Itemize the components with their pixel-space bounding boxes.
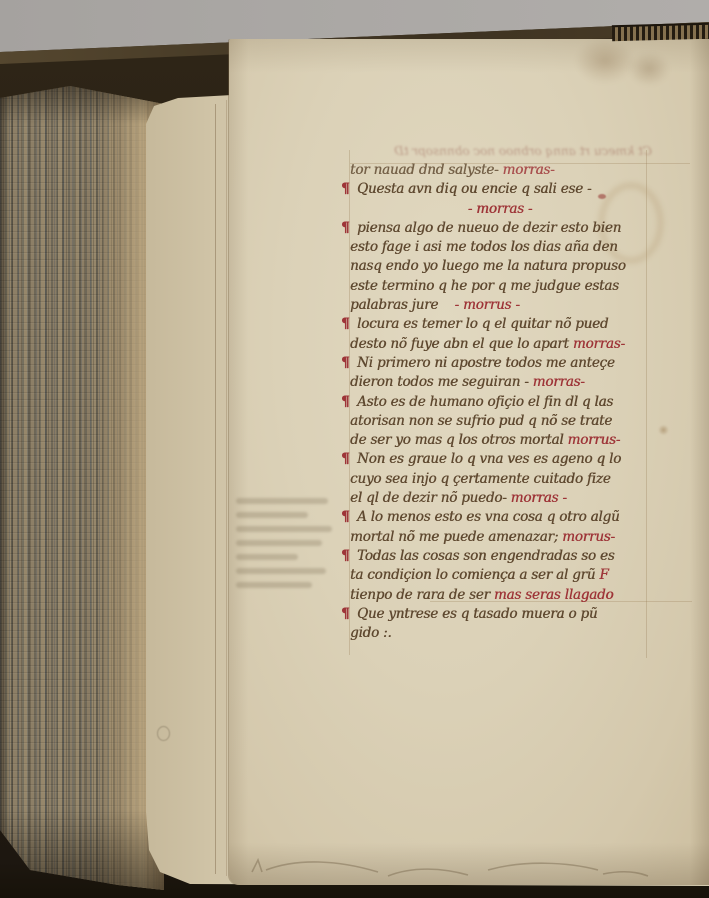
manuscript-line: cuyo sea injo q çertamente cuitado fize bbox=[350, 470, 650, 489]
page-edge-line bbox=[226, 100, 227, 876]
manuscript-line: ¶Questa avn diq ou encie q sali ese - bbox=[350, 180, 650, 199]
manuscript-line: palabras jure - morrus - bbox=[350, 296, 650, 315]
body-text: locura es temer lo q el quitar nõ pued bbox=[357, 316, 608, 332]
manuscript-line: ¶Ni primero ni apostre todos me anteçe bbox=[350, 354, 650, 373]
body-text: A lo menos esto es vna cosa q otro algũ bbox=[357, 509, 619, 525]
body-text: ta condiçion lo comiença a ser al grũ bbox=[350, 567, 599, 583]
manuscript-line: desto nõ fuye abn el que lo apart morras… bbox=[350, 335, 650, 354]
manuscript-line: de ser yo mas q los otros mortal morrus- bbox=[350, 431, 650, 450]
showthrough-line bbox=[236, 512, 308, 518]
body-text: Non es graue lo q vna ves es ageno q lo bbox=[357, 451, 621, 467]
pilcrow-mark: ¶ bbox=[341, 180, 357, 199]
body-text: de ser yo mas q los otros mortal bbox=[350, 432, 568, 448]
body-text: Questa avn diq ou encie q sali ese - bbox=[357, 181, 591, 197]
small-stain bbox=[658, 425, 669, 435]
rubric-text: morras- bbox=[498, 162, 554, 178]
body-text: atorisan non se sufrio pud q nõ se trate bbox=[350, 413, 612, 429]
body-text: Ni primero ni apostre todos me anteçe bbox=[357, 355, 615, 371]
showthrough-line bbox=[236, 498, 328, 504]
manuscript-line: ¶Asto es de humano ofiçio el fin dl q la… bbox=[350, 393, 650, 412]
body-text: mortal nõ me puede amenazar; bbox=[350, 529, 562, 545]
body-text: desto nõ fuye abn el que lo apart bbox=[350, 336, 573, 352]
page-edge-line bbox=[215, 104, 216, 874]
manuscript-line: atorisan non se sufrio pud q nõ se trate bbox=[350, 412, 650, 431]
manuscript-line: dieron todos me seguiran - morras- bbox=[350, 373, 650, 392]
showthrough-line bbox=[236, 554, 298, 560]
manuscript-line: tienpo de rara de ser mas seras llagado bbox=[350, 586, 650, 605]
rubric-text: mas seras llagado bbox=[494, 587, 613, 603]
body-text: Asto es de humano ofiçio el fin dl q las bbox=[357, 394, 613, 410]
body-text: tor nauad dnd salyste- bbox=[350, 162, 498, 178]
manuscript-line: tor nauad dnd salyste- morras- bbox=[350, 161, 650, 180]
body-text: esto fage i asi me todos los dias aña de… bbox=[350, 239, 618, 255]
rubric-text: - morras - bbox=[468, 201, 533, 217]
manuscript-line: el ql de dezir nõ puedo- morras - bbox=[350, 489, 650, 508]
pilcrow-mark: ¶ bbox=[341, 605, 357, 624]
pilcrow-mark: ¶ bbox=[341, 354, 357, 373]
rubric-text: morras - bbox=[511, 490, 567, 506]
rubric-text: morrus- bbox=[562, 529, 615, 545]
body-text: Todas las cosas son engendradas so es bbox=[357, 548, 614, 564]
ink-stain bbox=[575, 38, 635, 84]
manuscript-line: ¶A lo menos esto es vna cosa q otro algũ bbox=[350, 508, 650, 527]
page-stack-fore-edge bbox=[0, 84, 164, 890]
body-text: el ql de dezir nõ puedo- bbox=[350, 490, 511, 506]
rubric-text: morras- bbox=[573, 336, 625, 352]
pilcrow-mark: ¶ bbox=[341, 547, 357, 566]
showthrough-text-verso: Ct kmecu rt annq orbnoo noc obnnsopr tD bbox=[352, 144, 652, 158]
manuscript-line: gido :. bbox=[350, 624, 650, 643]
manuscript-text-block: tor nauad dnd salyste- morras-¶Questa av… bbox=[350, 161, 650, 643]
manuscript-line: ¶Todas las cosas son engendradas so es bbox=[350, 547, 650, 566]
small-doodle-mark bbox=[157, 726, 170, 741]
body-text: palabras jure bbox=[350, 297, 438, 313]
body-text: tienpo de rara de ser bbox=[350, 587, 494, 603]
showthrough-block-verso bbox=[236, 498, 340, 596]
manuscript-line: ¶piensa algo de nueuo de dezir esto bien bbox=[350, 219, 650, 238]
ink-stain bbox=[628, 52, 670, 86]
showthrough-line bbox=[236, 582, 312, 588]
manuscript-line: - morras - bbox=[350, 200, 650, 219]
pilcrow-mark: ¶ bbox=[341, 393, 357, 412]
body-text: nasq endo yo luego me la natura propuso bbox=[350, 258, 626, 274]
pilcrow-mark: ¶ bbox=[341, 219, 357, 238]
pilcrow-mark: ¶ bbox=[341, 315, 357, 334]
rubric-text: F bbox=[599, 567, 608, 583]
body-text: Que yntrese es q tasado muera o pũ bbox=[357, 606, 597, 622]
faint-offset-scribble bbox=[238, 842, 658, 890]
manuscript-line: ¶Non es graue lo q vna ves es ageno q lo bbox=[350, 450, 650, 469]
pilcrow-mark: ¶ bbox=[341, 450, 357, 469]
manuscript-line: mortal nõ me puede amenazar; morrus- bbox=[350, 528, 650, 547]
manuscript-line: este termino q he por q me judgue estas bbox=[350, 277, 650, 296]
showthrough-line bbox=[236, 568, 326, 574]
showthrough-line bbox=[236, 526, 332, 532]
body-text: gido :. bbox=[350, 625, 391, 641]
rubric-text: - morrus - bbox=[438, 297, 520, 313]
manuscript-line: ¶Que yntrese es q tasado muera o pũ bbox=[350, 605, 650, 624]
body-text: este termino q he por q me judgue estas bbox=[350, 278, 619, 294]
rubric-text: morras- bbox=[533, 374, 585, 390]
manuscript-photo: Ct kmecu rt annq orbnoo noc obnnsopr tD … bbox=[0, 0, 709, 898]
pilcrow-mark: ¶ bbox=[341, 508, 357, 527]
body-text: piensa algo de nueuo de dezir esto bien bbox=[357, 220, 621, 236]
manuscript-line: nasq endo yo luego me la natura propuso bbox=[350, 257, 650, 276]
rubric-text: morrus- bbox=[568, 432, 621, 448]
manuscript-line: ta condiçion lo comiença a ser al grũ F bbox=[350, 566, 650, 585]
showthrough-line bbox=[236, 540, 322, 546]
manuscript-line: ¶locura es temer lo q el quitar nõ pued bbox=[350, 315, 650, 334]
body-text: dieron todos me seguiran - bbox=[350, 374, 533, 390]
body-text: cuyo sea injo q çertamente cuitado fize bbox=[350, 471, 611, 487]
manuscript-line: esto fage i asi me todos los dias aña de… bbox=[350, 238, 650, 257]
headband-stitching bbox=[612, 23, 709, 42]
